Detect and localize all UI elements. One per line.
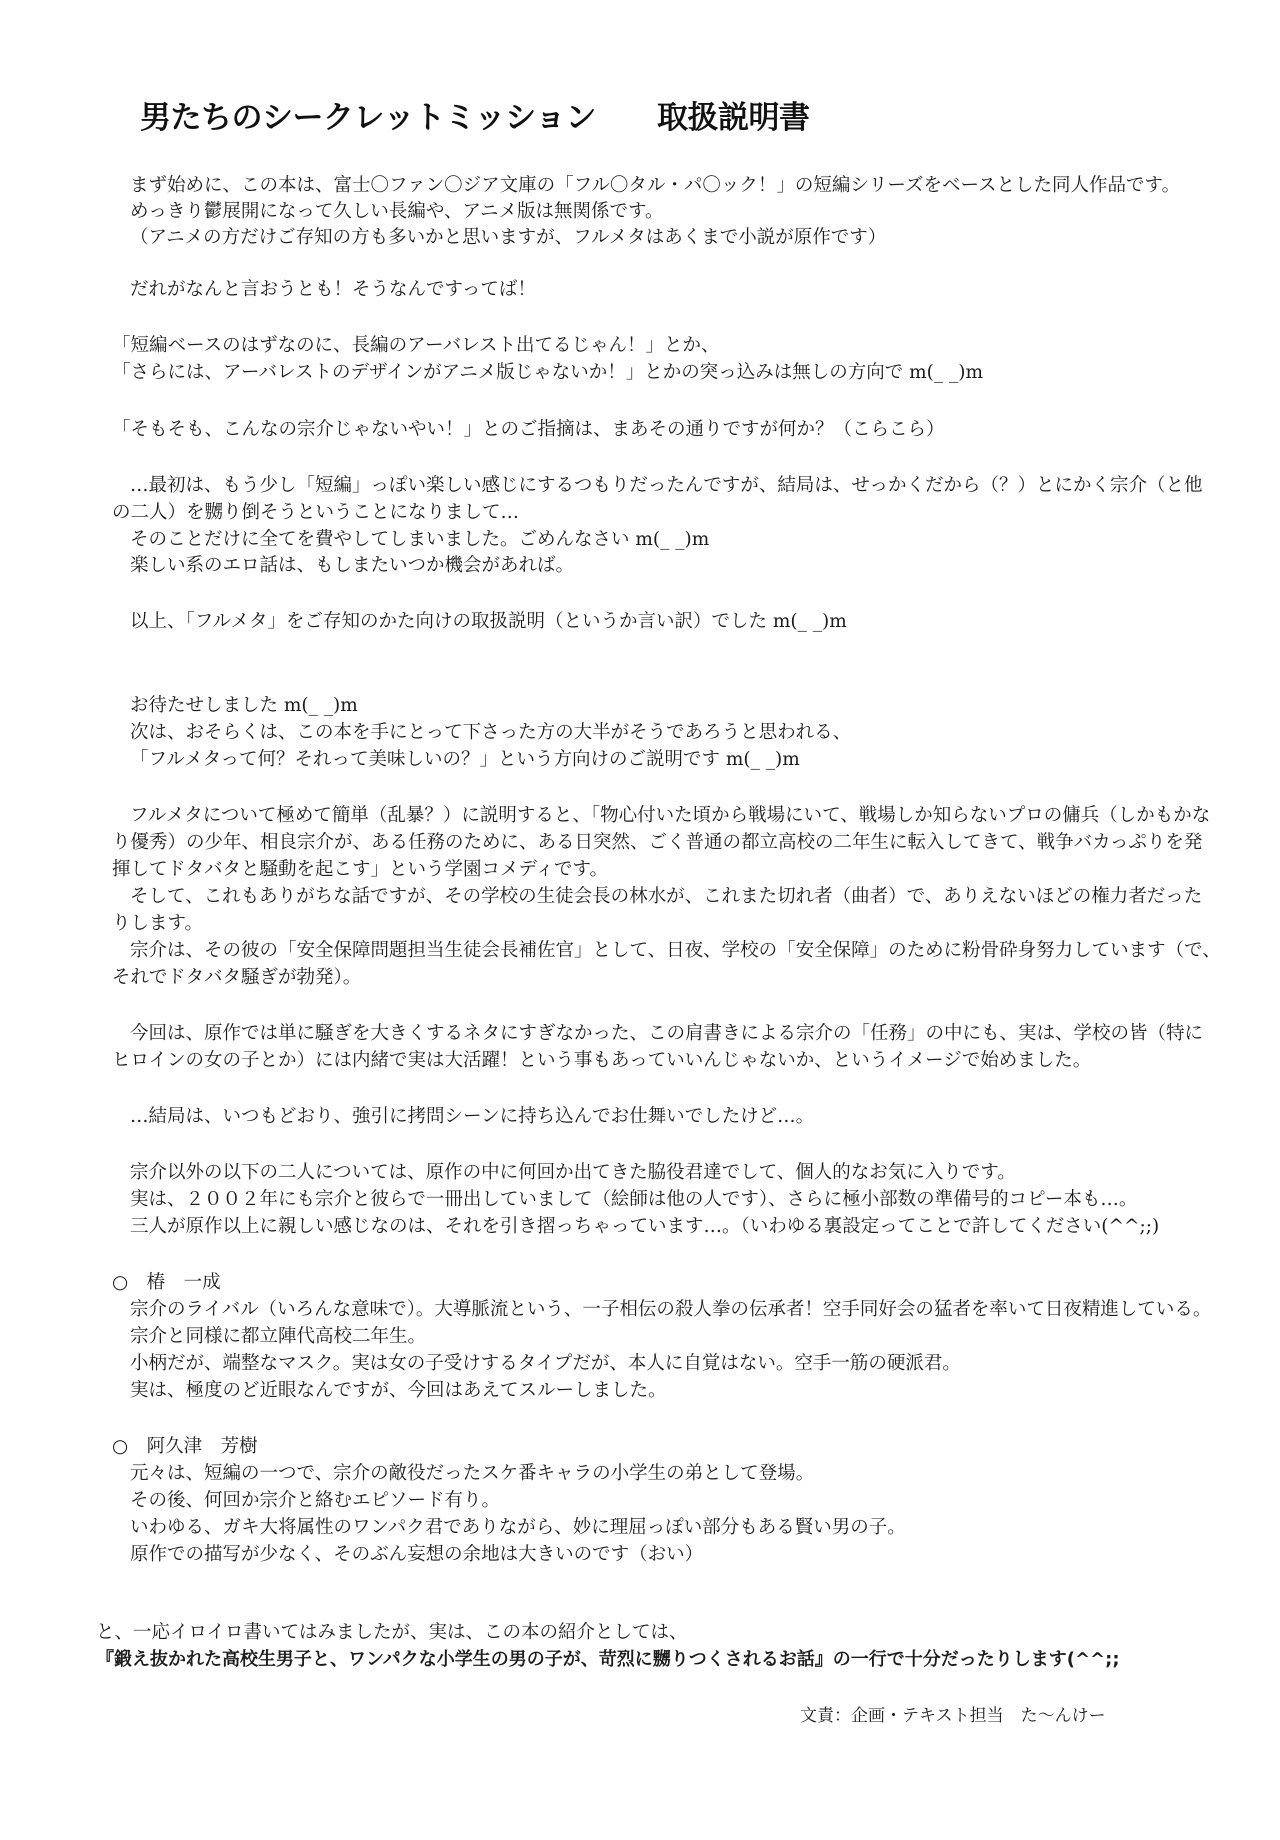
signature: 文責：企画・テキスト担当 た〜んけー	[800, 1703, 1106, 1729]
text-line: その後、何回か宗介と絡むエピソード有り。	[130, 1488, 500, 1514]
text-line: …最初は、もう少し「短編」っぽい楽しい感じにするつもりだったんですが、結局は、せ…	[130, 473, 1202, 499]
text-line: と、一応イロイロ書いてはみましたが、実は、この本の紹介としては、	[96, 1620, 687, 1646]
text-line: だれがなんと言おうとも！そうなんですってば！	[130, 277, 536, 303]
text-line: 揮してドタバタと騒動を起こす」という学園コメディです。	[112, 857, 608, 883]
text-line: 元々は、短編の一つで、宗介の敵役だったスケ番キャラの小学生の弟として登場。	[130, 1461, 814, 1487]
text-line: の二人）を嬲り倒そうということになりまして…	[112, 500, 519, 526]
text-line: 三人が原作以上に親しい感じなのは、それを引き摺っちゃっています…。（いわゆる裏設…	[130, 1214, 1159, 1240]
text-line: り優秀）の少年、相良宗介が、ある任務のために、ある日突然、ごく普通の都立高校の二…	[112, 830, 1202, 856]
text-line: 以上、「フルメタ」をご存知のかた向けの取扱説明（というか言い訳）でした m(_ …	[130, 609, 847, 635]
emphasis-line: 『鍛え抜かれた高校生男子と、ワンパクな小学生の男の子が、苛烈に嬲りつくされるお話…	[96, 1647, 1120, 1673]
text-line: 今回は、原作では単に騒ぎを大きくするネタにすぎなかった、この肩書きによる宗介の「…	[130, 1021, 1203, 1047]
text-line: （アニメの方だけご存知の方も多いかと思いますが、フルメタはあくまで小説が原作です…	[130, 225, 886, 251]
text-line: 次は、おそらくは、この本を手にとって下さった方の大半がそうであろうと思われる、	[130, 720, 851, 746]
text-line: 原作での描写が少なく、そのぶん妄想の余地は大きいのです（おい）	[130, 1542, 703, 1568]
text-line: 楽しい系のエロ話は、もしまたいつか機会があれば。	[130, 553, 574, 579]
text-line: …結局は、いつもどおり、強引に拷問シーンに持ち込んでお仕舞いでしたけど…。	[130, 1104, 814, 1130]
text-line: ○ 阿久津 芳樹	[112, 1434, 258, 1460]
text-line: 実は、２００２年にも宗介と彼らで一冊出していまして（絵師は他の人です）、さらに極…	[130, 1187, 1137, 1213]
text-line: お待たせしました m(_ _)m	[130, 693, 358, 719]
document-page: 男たちのシークレットミッション 取扱説明書 まず始めに、この本は、富士〇ファン〇…	[0, 0, 1280, 1840]
text-line: 宗介以外の以下の二人については、原作の中に何回か出てきた脇役君達でして、個人的な…	[130, 1160, 1016, 1186]
text-line: まず始めに、この本は、富士〇ファン〇ジア文庫の「フル〇タル・パ〇ック！」の短編シ…	[130, 173, 1180, 199]
text-line: りします。	[112, 911, 203, 937]
text-line: 実は、極度のど近眼なんですが、今回はあえてスルーしました。	[130, 1378, 667, 1404]
text-line: そのことだけに全てを費やしてしまいました。ごめんなさい m(_ _)m	[130, 527, 709, 553]
text-line: めっきり鬱展開になって久しい長編や、アニメ版は無関係です。	[130, 199, 664, 225]
text-line: 「フルメタって何？それって美味しいの？」という方向けのご説明です m(_ _)m	[130, 747, 800, 773]
document-title: 男たちのシークレットミッション 取扱説明書	[140, 92, 809, 137]
text-line: ○ 椿 一成	[112, 1270, 221, 1296]
text-line: そして、これもありがちな話ですが、その学校の生徒会長の林水が、これまた切れ者（曲…	[130, 884, 1202, 910]
text-line: 小柄だが、端整なマスク。実は女の子受けするタイプだが、本人に自覚はない。空手一筋…	[130, 1351, 961, 1377]
text-line: 「短編ベースのはずなのに、長編のアーバレスト出てるじゃん！」とか、	[112, 333, 720, 359]
text-line: それでドタバタ騒ぎが勃発）。	[112, 965, 361, 991]
text-line: フルメタについて極めて簡単（乱暴？）に説明すると、「物心付いた頃から戦場にいて、…	[130, 803, 1210, 829]
text-line: 宗介は、その彼の「安全保障問題担当生徒会長補佐官」として、日夜、学校の「安全保障…	[130, 938, 1221, 964]
text-line: 「さらには、アーバレストのデザインがアニメ版じゃないか！」とかの突っ込みは無しの…	[112, 360, 983, 386]
text-line: いわゆる、ガキ大将属性のワンパク君でありながら、妙に理屈っぽい部分もある賢い男の…	[130, 1515, 906, 1541]
text-line: 宗介のライバル（いろんな意味で）。大導脈流という、一子相伝の殺人拳の伝承者！空手…	[130, 1297, 1211, 1323]
text-line: 「そもそも、こんなの宗介じゃないやい！」とのご指摘は、まあその通りですが何か？（…	[112, 417, 945, 443]
text-line: ヒロインの女の子とか）には内緒で実は大活躍！という事もあっていいんじゃないか、と…	[112, 1048, 1091, 1074]
text-line: 宗介と同様に都立陣代高校二年生。	[130, 1324, 426, 1350]
